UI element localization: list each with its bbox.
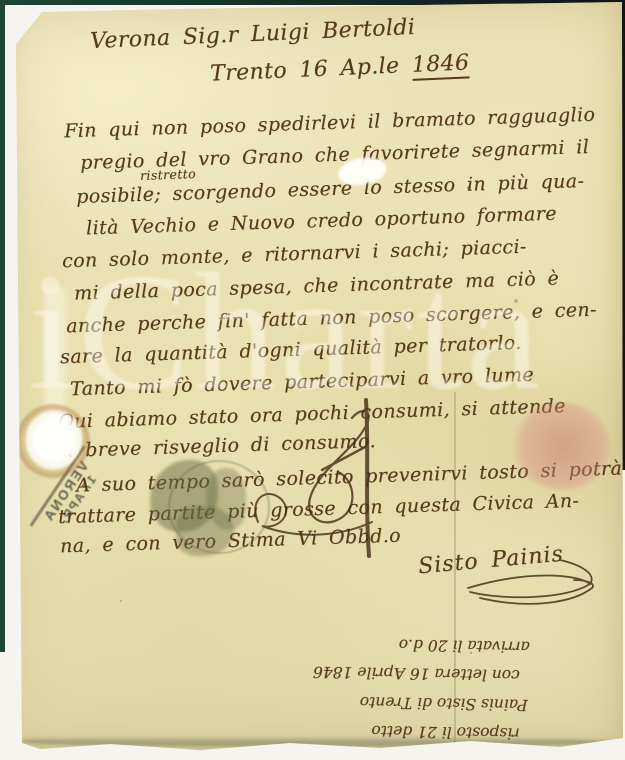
scanner-background-left: [0, 0, 5, 652]
stamp-ring-mark: [168, 460, 270, 554]
docket-rotated: risposto li 21 detto Painis Sisto di Tre…: [290, 590, 535, 754]
scanned-letter: Verona Sig.r Luigi Bertoldi Trento 16 Ap…: [0, 0, 625, 760]
docket-line: risposto li 21 detto: [285, 714, 520, 747]
signature-paraph: [468, 560, 593, 604]
docket-line: con lettera 16 Aprile 1846: [285, 656, 520, 689]
pink-wax-stain: [513, 402, 611, 490]
paper-sheet: Verona Sig.r Luigi Bertoldi Trento 16 Ap…: [0, 0, 625, 760]
docket-line: arrivata li 20 d.o: [295, 628, 530, 661]
docket-line: Painis Sisto di Trento: [293, 686, 528, 719]
